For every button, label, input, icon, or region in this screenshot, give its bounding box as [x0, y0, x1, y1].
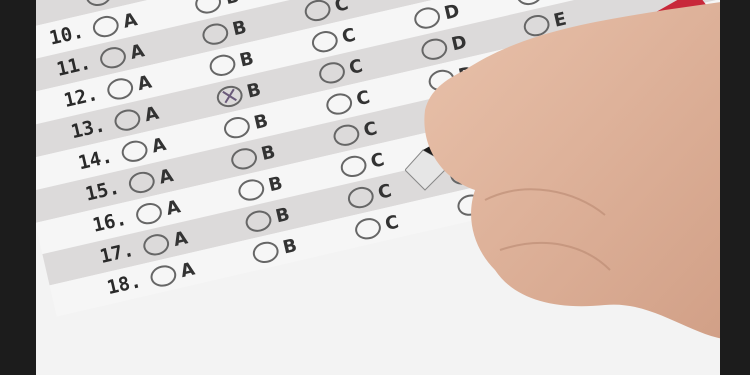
bubble-icon — [353, 215, 383, 241]
option-letter: C — [347, 55, 365, 78]
option-letter: C — [376, 180, 394, 203]
bubble-icon — [207, 52, 237, 78]
option-letter: A — [142, 102, 160, 126]
bubble-icon — [134, 200, 164, 226]
left-border — [0, 0, 36, 375]
bubble-icon — [112, 106, 142, 132]
hand — [424, 0, 735, 340]
bubble-icon — [310, 28, 340, 54]
option-letter: B — [230, 16, 248, 40]
bubble-icon — [331, 122, 361, 148]
bubble-icon — [200, 20, 230, 46]
bubble-icon — [98, 44, 128, 70]
option-letter: A — [114, 0, 132, 1]
option-letter: A — [150, 133, 168, 157]
bubble-icon — [236, 176, 266, 202]
right-border — [720, 0, 750, 375]
option-letter: C — [340, 24, 358, 47]
bubble-icon — [243, 208, 273, 234]
bubble-icon — [324, 90, 354, 116]
option-letter: B — [252, 110, 270, 134]
option-letter: A — [128, 40, 146, 64]
bubble-icon — [141, 231, 171, 257]
option-letter: A — [135, 71, 153, 95]
option-letter: B — [245, 79, 263, 103]
option-letter: A — [157, 165, 175, 189]
bubble-icon — [229, 145, 259, 171]
option-letter: A — [164, 196, 182, 220]
option-letter: A — [178, 258, 196, 282]
option-letter: B — [274, 203, 292, 227]
bubble-icon — [302, 0, 332, 23]
bubble-icon — [251, 239, 281, 265]
option-letter: B — [266, 172, 284, 196]
bubble-icon — [127, 169, 157, 195]
option-letter: C — [333, 0, 351, 16]
bubble-icon — [105, 75, 135, 101]
option-letter: C — [383, 211, 401, 234]
option-letter: A — [171, 227, 189, 251]
option-letter: C — [354, 86, 372, 109]
bubble-icon — [193, 0, 223, 16]
bubble-icon — [83, 0, 113, 8]
bubble-icon — [91, 13, 121, 39]
hand-holding-pen — [405, 0, 735, 375]
bubble-icon — [338, 153, 368, 179]
option-letter: B — [281, 235, 299, 259]
option-letter: C — [361, 117, 379, 140]
bubble-icon — [346, 184, 376, 210]
option-letter: A — [121, 9, 139, 33]
bubble-icon — [119, 138, 149, 164]
bubble-icon — [222, 114, 252, 140]
option-letter: C — [369, 149, 387, 172]
bubble-icon — [317, 59, 347, 85]
bubble-icon — [148, 262, 178, 288]
option-letter: B — [238, 47, 256, 71]
option-letter: B — [223, 0, 241, 9]
bubble-icon — [215, 83, 245, 109]
photo-frame: ABCDEABCDEABCDEABCDEABCDE10.ABCDE11.ABCD… — [0, 0, 750, 375]
option-letter: B — [259, 141, 277, 165]
